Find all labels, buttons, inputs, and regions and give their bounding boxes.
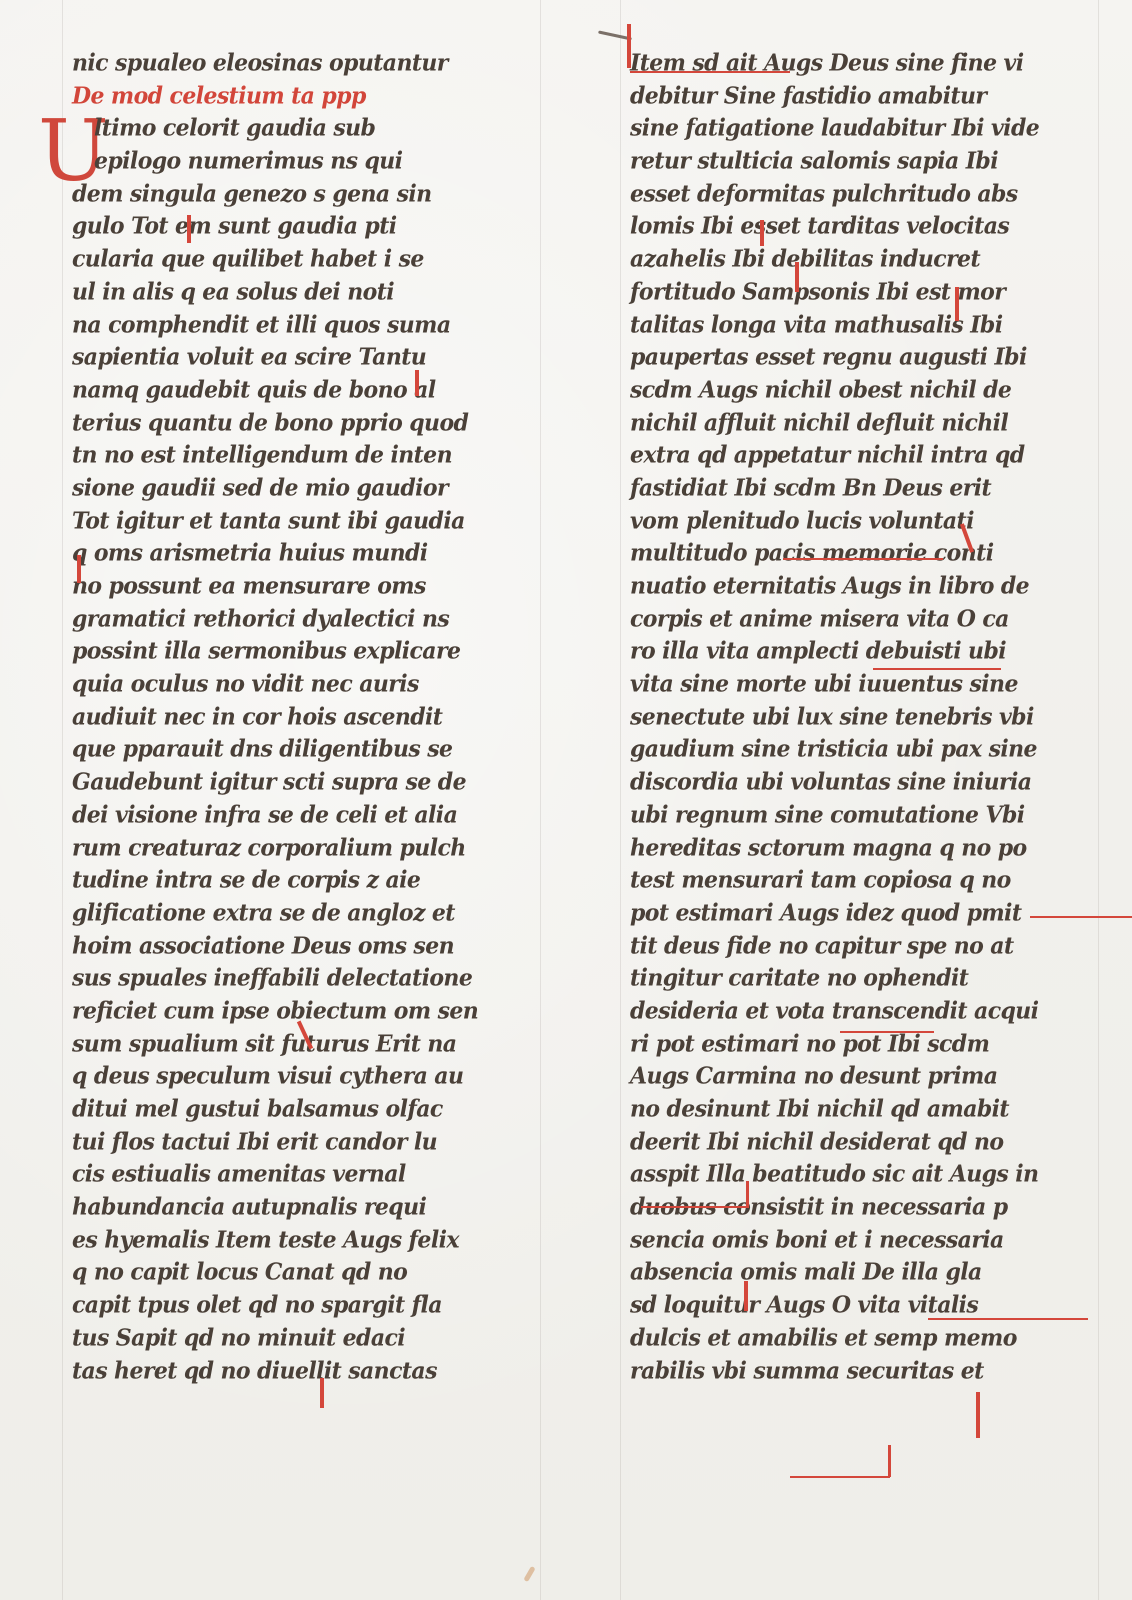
text-line: dei visione infra se de celi et alia	[72, 798, 532, 832]
text-line: multitudo pacis memorie conti	[630, 536, 1090, 570]
rubric-underline	[790, 1476, 890, 1478]
text-line: namq gaudebit quis de bono al	[72, 373, 532, 407]
rubric-stroke	[627, 24, 631, 68]
rubric-stroke	[320, 1378, 324, 1408]
text-line: nic spualeo eleosinas oputantur	[72, 46, 532, 80]
rubric-stroke	[77, 555, 81, 583]
text-line: tit deus fide no capitur spe no at	[630, 929, 1090, 963]
rubric-underline	[1030, 916, 1132, 918]
text-line: retur stulticia salomis sapia Ibi	[630, 144, 1090, 178]
text-line: glificatione extra se de angloz et	[72, 896, 532, 930]
ruling-line	[540, 0, 541, 1600]
right-column: Item sd ait Augs Deus sine fine vi debit…	[630, 47, 1090, 1387]
text-line: sencia omis boni et i necessaria	[630, 1223, 1090, 1257]
text-line: nichil affluit nichil defluit nichil	[630, 406, 1090, 440]
text-line: ul in alis q ea solus dei noti	[72, 275, 532, 309]
text-line: rabilis vbi summa securitas et	[630, 1354, 1090, 1388]
text-line: senectute ubi lux sine tenebris vbi	[630, 700, 1090, 734]
text-line: asspit Illa beatitudo sic ait Augs in	[630, 1158, 1090, 1192]
text-line: azahelis Ibi debilitas inducret	[630, 242, 1090, 276]
text-line: q oms arismetria huius mundi	[72, 536, 532, 570]
rubric-underline	[928, 1318, 1088, 1320]
text-line: terius quantu de bono pprio quod	[72, 406, 532, 440]
text-line: quia oculus no vidit nec auris	[72, 667, 532, 701]
rubric-underline	[873, 668, 1001, 670]
text-line: tui flos tactui Ibi erit candor lu	[72, 1125, 532, 1159]
text-line: talitas longa vita mathusalis Ibi	[630, 308, 1090, 342]
text-line: desideria et vota transcendit acqui	[630, 994, 1090, 1028]
ruling-line	[62, 0, 63, 1600]
text-line: pot estimari Augs idez quod pmit	[630, 896, 1090, 930]
rubric-stroke	[795, 262, 799, 292]
text-line: gulo Tot em sunt gaudia pti	[72, 210, 532, 244]
text-line: Augs Carmina no desunt prima	[630, 1059, 1090, 1093]
text-line: ubi regnum sine comutatione Vbi	[630, 798, 1090, 832]
rubric-underline	[630, 71, 790, 73]
text-line: sione gaudii sed de mio gaudior	[72, 471, 532, 505]
text-line: Item sd ait Augs Deus sine fine vi	[630, 46, 1090, 80]
text-line: es hyemalis Item teste Augs felix	[72, 1223, 532, 1257]
ruling-line	[620, 0, 621, 1600]
text-line: tus Sapit qd no minuit edaci	[72, 1321, 532, 1355]
text-line: q deus speculum visui cythera au	[72, 1059, 532, 1093]
text-line: deerit Ibi nichil desiderat qd no	[630, 1125, 1090, 1159]
text-line: lomis Ibi esset tarditas velocitas	[630, 210, 1090, 244]
text-line: tn no est intelligendum de inten	[72, 438, 532, 472]
text-line: ltimo celorit gaudia sub	[72, 112, 532, 146]
text-line: na comphendit et illi quos suma	[72, 308, 532, 342]
text-line: ditui mel gustui balsamus olfac	[72, 1092, 532, 1126]
left-column: U nic spualeo eleosinas oputantur De mod…	[72, 47, 532, 1387]
rubric-stroke	[760, 220, 764, 246]
text-line: epilogo numerimus ns qui	[72, 144, 532, 178]
rubric-stroke	[888, 1445, 891, 1477]
text-line: paupertas esset regnu augusti Ibi	[630, 340, 1090, 374]
text-line: tingitur caritate no ophendit	[630, 961, 1090, 995]
text-line: audiuit nec in cor hois ascendit	[72, 700, 532, 734]
rubric-stroke	[955, 287, 959, 321]
text-line: no desinunt Ibi nichil qd amabit	[630, 1092, 1090, 1126]
text-line: ro illa vita amplecti debuisti ubi	[630, 635, 1090, 669]
text-line: rum creaturaz corporalium pulch	[72, 831, 532, 865]
text-line: debitur Sine fastidio amabitur	[630, 79, 1090, 113]
manuscript-page: U nic spualeo eleosinas oputantur De mod…	[0, 0, 1132, 1600]
text-line: gaudium sine tristicia ubi pax sine	[630, 733, 1090, 767]
text-line: hereditas sctorum magna q no po	[630, 831, 1090, 865]
text-line: vita sine morte ubi iuuentus sine	[630, 667, 1090, 701]
text-line: capit tpus olet qd no spargit fla	[72, 1288, 532, 1322]
text-line: tas heret qd no diuellit sanctas	[72, 1354, 532, 1388]
text-line: cularia que quilibet habet i se	[72, 242, 532, 276]
text-line: dem singula genezo s gena sin	[72, 177, 532, 211]
text-line: cis estiualis amenitas vernal	[72, 1158, 532, 1192]
text-line: sine fatigatione laudabitur Ibi vide	[630, 112, 1090, 146]
rubric-underline	[641, 1206, 749, 1208]
rubric-heading: De mod celestium ta ppp	[72, 79, 532, 113]
text-line: fastidiat Ibi scdm Bn Deus erit	[630, 471, 1090, 505]
text-line: gramatici rethorici dyalectici ns	[72, 602, 532, 636]
rubric-stroke	[746, 1181, 749, 1207]
text-line: vom plenitudo lucis voluntati	[630, 504, 1090, 538]
text-line: test mensurari tam copiosa q no	[630, 863, 1090, 897]
rubric-stroke	[976, 1392, 980, 1438]
ruling-line	[1098, 0, 1099, 1600]
rubric-stroke	[187, 215, 191, 243]
text-line: extra qd appetatur nichil intra qd	[630, 438, 1090, 472]
text-line: q no capit locus Canat qd no	[72, 1256, 532, 1290]
rubric-underline	[840, 1031, 934, 1033]
text-line: discordia ubi voluntas sine iniuria	[630, 765, 1090, 799]
text-line: Gaudebunt igitur scti supra se de	[72, 765, 532, 799]
text-line: habundancia autupnalis requi	[72, 1190, 532, 1224]
text-line: sus spuales ineffabili delectatione	[72, 961, 532, 995]
text-line: que pparauit dns diligentibus se	[72, 733, 532, 767]
text-line: no possunt ea mensurare oms	[72, 569, 532, 603]
text-line: sapientia voluit ea scire Tantu	[72, 340, 532, 374]
rubric-stroke	[415, 370, 419, 396]
rubric-underline	[783, 558, 943, 560]
text-line: tudine intra se de corpis z aie	[72, 863, 532, 897]
text-line: Tot igitur et tanta sunt ibi gaudia	[72, 504, 532, 538]
text-line: corpis et anime misera vita O ca	[630, 602, 1090, 636]
ink-stain	[523, 1566, 535, 1582]
text-line: fortitudo Sampsonis Ibi est mor	[630, 275, 1090, 309]
text-line: esset deformitas pulchritudo abs	[630, 177, 1090, 211]
rubric-stroke	[744, 1281, 748, 1311]
text-line: hoim associatione Deus oms sen	[72, 929, 532, 963]
text-line: possint illa sermonibus explicare	[72, 635, 532, 669]
text-line: nuatio eternitatis Augs in libro de	[630, 569, 1090, 603]
text-line: dulcis et amabilis et semp memo	[630, 1321, 1090, 1355]
text-line: absencia omis mali De illa gla	[630, 1256, 1090, 1290]
text-line: scdm Augs nichil obest nichil de	[630, 373, 1090, 407]
